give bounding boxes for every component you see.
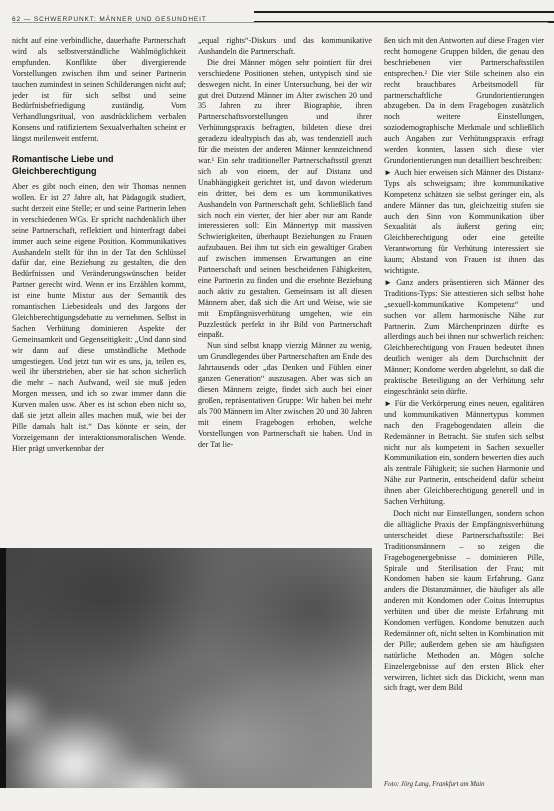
photo-film-edge [0, 548, 6, 788]
paragraph: Aber es gibt noch einen, den wir Thomas … [12, 182, 186, 455]
bullet-paragraph: ► Ganz anders präsentieren sich Männer d… [384, 278, 544, 398]
blossoms-photo [0, 548, 372, 788]
paragraph: Doch nicht nur Einstellungen, sondern sc… [384, 509, 544, 694]
paragraph: Nun sind selbst knapp vierzig Männer zu … [198, 341, 372, 450]
bullet-paragraph: ► Für die Verkörperung eines neuen, egal… [384, 399, 544, 508]
photo-image [0, 548, 372, 788]
magazine-page: 62 — SCHWERPUNKT: MÄNNER UND GESUNDHEIT … [0, 0, 554, 811]
header-hairline-rule [12, 22, 548, 23]
photo-credit: Foto: Jörg Lang, Frankfurt am Main [384, 780, 544, 803]
left-columns-and-photo: nicht auf eine verbindliche, dauerhafte … [12, 36, 372, 803]
text-columns-left: nicht auf eine verbindliche, dauerhafte … [12, 36, 372, 536]
subheading: Romantische Liebe und Gleichberechtigung [12, 154, 186, 177]
paragraph: nicht auf eine verbindliche, dauerhafte … [12, 36, 186, 145]
paragraph: „equal rights“-Diskurs und das kommunika… [198, 36, 372, 58]
paragraph: ßen sich mit den Antworten auf diese Fra… [384, 36, 544, 167]
paragraph: Die drei Männer mögen sehr pointiert für… [198, 58, 372, 342]
article-body: nicht auf eine verbindliche, dauerhafte … [12, 36, 544, 803]
column-3: ßen sich mit den Antworten auf diese Fra… [384, 36, 544, 803]
page-header: 62 — SCHWERPUNKT: MÄNNER UND GESUNDHEIT [12, 8, 554, 28]
column-2: „equal rights“-Diskurs und das kommunika… [198, 36, 372, 536]
bullet-paragraph: ► Auch hier erweisen sich Männer des Dis… [384, 168, 544, 277]
column-1: nicht auf eine verbindliche, dauerhafte … [12, 36, 186, 536]
